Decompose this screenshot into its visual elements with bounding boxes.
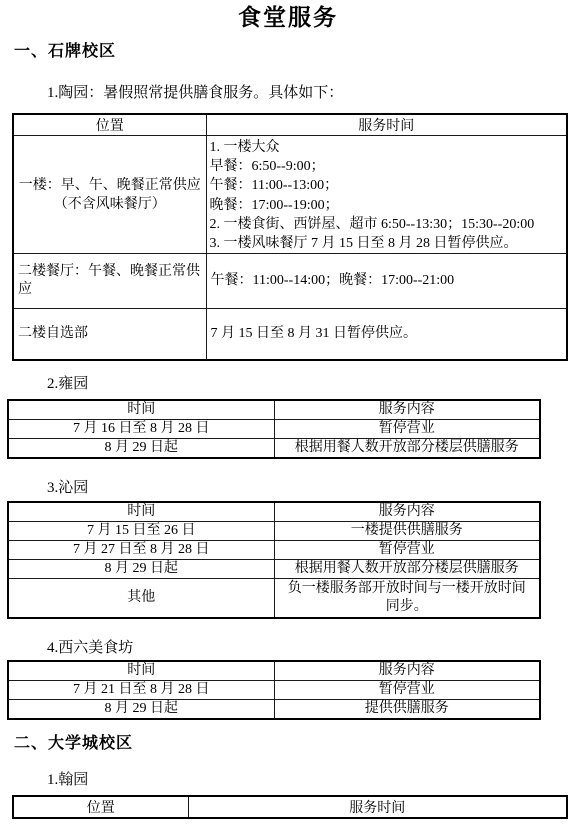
column-header-time: 时间 — [8, 661, 274, 681]
service-line: 早餐：6:50--9:00； — [210, 157, 567, 176]
cell-time: 7 月 16 日至 8 月 28 日 — [8, 419, 274, 438]
service-line: 午餐：11:00--13:00； — [210, 176, 567, 195]
service-line: 1. 一楼大众 — [210, 138, 567, 157]
table-header-row: 时间 服务内容 — [8, 400, 540, 420]
cell-content: 一楼提供供膳服务 — [274, 521, 540, 540]
cell-time: 7 月 27 日至 8 月 28 日 — [8, 540, 274, 559]
column-header-time: 时间 — [8, 502, 274, 522]
cell-content: 暂停营业 — [274, 540, 540, 559]
cell-service-time: 7 月 15 日至 8 月 31 日暂停供应。 — [206, 309, 567, 360]
table-row: 8 月 29 日起 根据用餐人数开放部分楼层供膳服务 — [8, 559, 540, 578]
xiliu-heading: 4.西六美食坊 — [47, 639, 576, 658]
section-daxuecheng-heading: 二、大学城校区 — [14, 734, 576, 754]
column-header-content: 服务内容 — [274, 502, 540, 522]
cell-location: 二楼自选部 — [13, 309, 206, 360]
cell-time: 8 月 29 日起 — [8, 699, 274, 719]
section-shipai-heading: 一、石牌校区 — [14, 42, 576, 62]
cell-time: 8 月 29 日起 — [8, 438, 274, 458]
table-header-row: 位置 服务时间 — [13, 114, 567, 136]
column-header-location: 位置 — [13, 114, 206, 136]
table-header-row: 时间 服务内容 — [8, 661, 540, 681]
table-row: 一楼：早、午、晚餐正常供应 （不含风味餐厅） 1. 一楼大众 早餐：6:50--… — [13, 136, 567, 254]
column-header-location: 位置 — [13, 796, 188, 818]
taoyuan-table: 位置 服务时间 一楼：早、午、晚餐正常供应 （不含风味餐厅） 1. 一楼大众 早… — [12, 113, 568, 361]
column-header-content: 服务内容 — [274, 400, 540, 420]
location-line: 一楼：早、午、晚餐正常供应 — [14, 176, 206, 195]
table-row: 7 月 15 日至 26 日 一楼提供供膳服务 — [8, 521, 540, 540]
cell-time: 其他 — [8, 578, 274, 618]
yongyuan-table: 时间 服务内容 7 月 16 日至 8 月 28 日 暂停营业 8 月 29 日… — [7, 399, 541, 459]
cell-location: 二楼餐厅：午餐、晚餐正常供应 — [13, 254, 206, 309]
column-header-content: 服务内容 — [274, 661, 540, 681]
table-row: 7 月 27 日至 8 月 28 日 暂停营业 — [8, 540, 540, 559]
cell-time: 7 月 15 日至 26 日 — [8, 521, 274, 540]
table-row: 7 月 21 日至 8 月 28 日 暂停营业 — [8, 680, 540, 699]
location-line: （不含风味餐厅） — [14, 195, 206, 214]
table-row: 8 月 29 日起 根据用餐人数开放部分楼层供膳服务 — [8, 438, 540, 458]
yongyuan-heading: 2.雍园 — [47, 375, 576, 394]
qinyuan-heading: 3.沁园 — [47, 479, 576, 498]
column-header-service-time: 服务时间 — [206, 114, 567, 136]
service-line: 晚餐：17:00--19:00； — [210, 196, 567, 215]
table-header-row: 时间 服务内容 — [8, 502, 540, 522]
document-page: 食堂服务 一、石牌校区 1.陶园：暑假照常提供膳食服务。具体如下： 位置 服务时… — [0, 0, 576, 825]
page-title: 食堂服务 — [0, 0, 576, 32]
cell-content: 提供供膳服务 — [274, 699, 540, 719]
qinyuan-table: 时间 服务内容 7 月 15 日至 26 日 一楼提供供膳服务 7 月 27 日… — [7, 501, 541, 619]
table-row: 二楼餐厅：午餐、晚餐正常供应 午餐：11:00--14:00；晚餐：17:00-… — [13, 254, 567, 309]
cell-content: 根据用餐人数开放部分楼层供膳服务 — [274, 559, 540, 578]
cell-content: 根据用餐人数开放部分楼层供膳服务 — [274, 438, 540, 458]
table-row: 二楼自选部 7 月 15 日至 8 月 31 日暂停供应。 — [13, 309, 567, 360]
table-row: 7 月 16 日至 8 月 28 日 暂停营业 — [8, 419, 540, 438]
hanyuan-heading: 1.翰园 — [47, 771, 576, 790]
cell-service-time: 午餐：11:00--14:00；晚餐：17:00--21:00 — [206, 254, 567, 309]
table-header-row: 位置 服务时间 — [13, 796, 567, 818]
hanyuan-table: 位置 服务时间 — [12, 795, 568, 819]
cell-content: 暂停营业 — [274, 680, 540, 699]
cell-content: 暂停营业 — [274, 419, 540, 438]
taoyuan-heading: 1.陶园：暑假照常提供膳食服务。具体如下： — [47, 84, 576, 103]
cell-service-time: 1. 一楼大众 早餐：6:50--9:00； 午餐：11:00--13:00； … — [206, 136, 567, 254]
service-line: 2. 一楼食街、西饼屋、超市 6:50--13:30；15:30--20:00 — [210, 215, 567, 234]
service-line: 3. 一楼风味餐厅 7 月 15 日至 8 月 28 日暂停供应。 — [210, 234, 567, 253]
cell-content: 负一楼服务部开放时间与一楼开放时间同步。 — [274, 578, 540, 618]
table-row: 其他 负一楼服务部开放时间与一楼开放时间同步。 — [8, 578, 540, 618]
column-header-service-time: 服务时间 — [188, 796, 567, 818]
cell-time: 8 月 29 日起 — [8, 559, 274, 578]
table-row: 8 月 29 日起 提供供膳服务 — [8, 699, 540, 719]
xiliu-table: 时间 服务内容 7 月 21 日至 8 月 28 日 暂停营业 8 月 29 日… — [7, 660, 541, 720]
cell-location: 一楼：早、午、晚餐正常供应 （不含风味餐厅） — [13, 136, 206, 254]
column-header-time: 时间 — [8, 400, 274, 420]
cell-time: 7 月 21 日至 8 月 28 日 — [8, 680, 274, 699]
